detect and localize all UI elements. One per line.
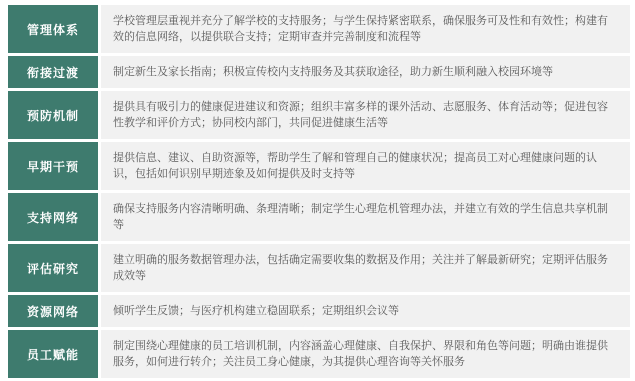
row-description: 提供信息、建议、自助资源等，帮助学生了解和管理自己的健康状况；提高员工对心理健康… [101, 142, 630, 190]
row-description: 确保支持服务内容清晰明确、条理清晰；制定学生心理危机管理办法，并建立有效的学生信… [101, 193, 630, 241]
table-row: 评估研究 建立明确的服务数据管理办法，包括确定需要收集的数据及作用；关注并了解最… [8, 244, 630, 292]
row-header-prevention: 预防机制 [8, 91, 98, 139]
row-description: 制定围绕心理健康的员工培训机制，内容涵盖心理健康、自我保护、界限和角色等问题；明… [101, 330, 630, 378]
table-row: 员工赋能 制定围绕心理健康的员工培训机制，内容涵盖心理健康、自我保护、界限和角色… [8, 330, 630, 378]
table-row: 早期干预 提供信息、建议、自助资源等，帮助学生了解和管理自己的健康状况；提高员工… [8, 142, 630, 190]
row-header-evaluation-research: 评估研究 [8, 244, 98, 292]
row-header-transition: 衔接过渡 [8, 56, 98, 88]
row-description: 提供具有吸引力的健康促进建议和资源；组织丰富多样的课外活动、志愿服务、体育活动等… [101, 91, 630, 139]
row-header-staff-empowerment: 员工赋能 [8, 330, 98, 378]
row-description: 建立明确的服务数据管理办法，包括确定需要收集的数据及作用；关注并了解最新研究；定… [101, 244, 630, 292]
row-description: 制定新生及家长指南；积极宣传校内支持服务及其获取途径，助力新生顺利融入校园环境等 [101, 56, 630, 88]
table-row: 预防机制 提供具有吸引力的健康促进建议和资源；组织丰富多样的课外活动、志愿服务、… [8, 91, 630, 139]
table-row: 管理体系 学校管理层重视并充分了解学校的支持服务；与学生保持紧密联系，确保服务可… [8, 5, 630, 53]
table-row: 支持网络 确保支持服务内容清晰明确、条理清晰；制定学生心理危机管理办法，并建立有… [8, 193, 630, 241]
row-header-management-system: 管理体系 [8, 5, 98, 53]
table-row: 资源网络 倾听学生反馈；与医疗机构建立稳固联系；定期组织会议等 [8, 295, 630, 327]
row-header-support-network: 支持网络 [8, 193, 98, 241]
row-header-resource-network: 资源网络 [8, 295, 98, 327]
table-row: 衔接过渡 制定新生及家长指南；积极宣传校内支持服务及其获取途径，助力新生顺利融入… [8, 56, 630, 88]
row-description: 倾听学生反馈；与医疗机构建立稳固联系；定期组织会议等 [101, 295, 630, 327]
support-framework-table: 管理体系 学校管理层重视并充分了解学校的支持服务；与学生保持紧密联系，确保服务可… [0, 0, 635, 381]
row-description: 学校管理层重视并充分了解学校的支持服务；与学生保持紧密联系，确保服务可及性和有效… [101, 5, 630, 53]
row-header-early-intervention: 早期干预 [8, 142, 98, 190]
